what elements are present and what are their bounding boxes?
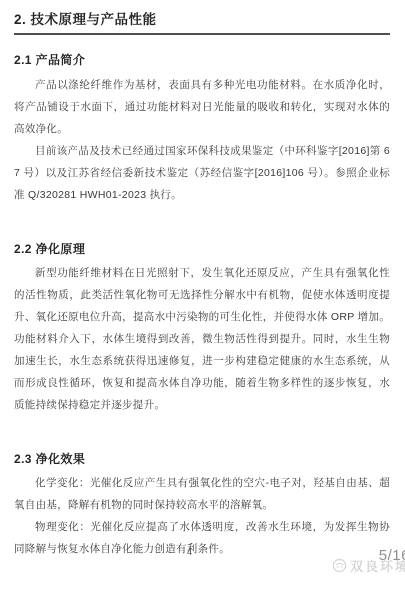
paragraph: 产品以涤纶纤维作为基材，表面具有多种光电功能材料。在水质净化时，将产品铺设于水面… — [14, 74, 390, 140]
section-heading-product-intro: 2.1 产品简介 — [14, 53, 390, 67]
section-heading-purification-effect: 2.3 净化效果 — [14, 452, 390, 466]
section-heading-purification-principle: 2.2 净化原理 — [14, 242, 390, 256]
watermark: 双良环境 5/16 — [332, 556, 405, 580]
paragraph: 目前该产品及技术已经通过国家环保科技成果鉴定（中环科鉴字[2016]第 67 号… — [14, 140, 390, 206]
document-page: 2. 技术原理与产品性能 2.1 产品简介 产品以涤纶纤维作为基材，表面具有多种… — [0, 0, 405, 590]
page-indicator: 5/16 — [379, 547, 405, 564]
page-title: 2. 技术原理与产品性能 — [14, 12, 390, 35]
brand-swirl-icon — [332, 558, 347, 573]
section-purification-principle: 2.2 净化原理 新型功能纤维材料在日光照射下，发生氧化还原反应，产生具有强氧化… — [14, 242, 390, 416]
paragraph: 新型功能纤维材料在日光照射下，发生氧化还原反应，产生具有强氧化性的活性物质，此类… — [14, 262, 390, 416]
section-product-intro: 2.1 产品简介 产品以涤纶纤维作为基材，表面具有多种光电功能材料。在水质净化时… — [14, 53, 390, 205]
paragraph: 化学变化：光催化反应产生具有强氧化性的空穴-电子对，羟基自由基、超氧自由基，降解… — [14, 472, 390, 516]
page-number: 4 — [0, 547, 379, 557]
section-purification-effect: 2.3 净化效果 化学变化：光催化反应产生具有强氧化性的空穴-电子对，羟基自由基… — [14, 452, 390, 560]
